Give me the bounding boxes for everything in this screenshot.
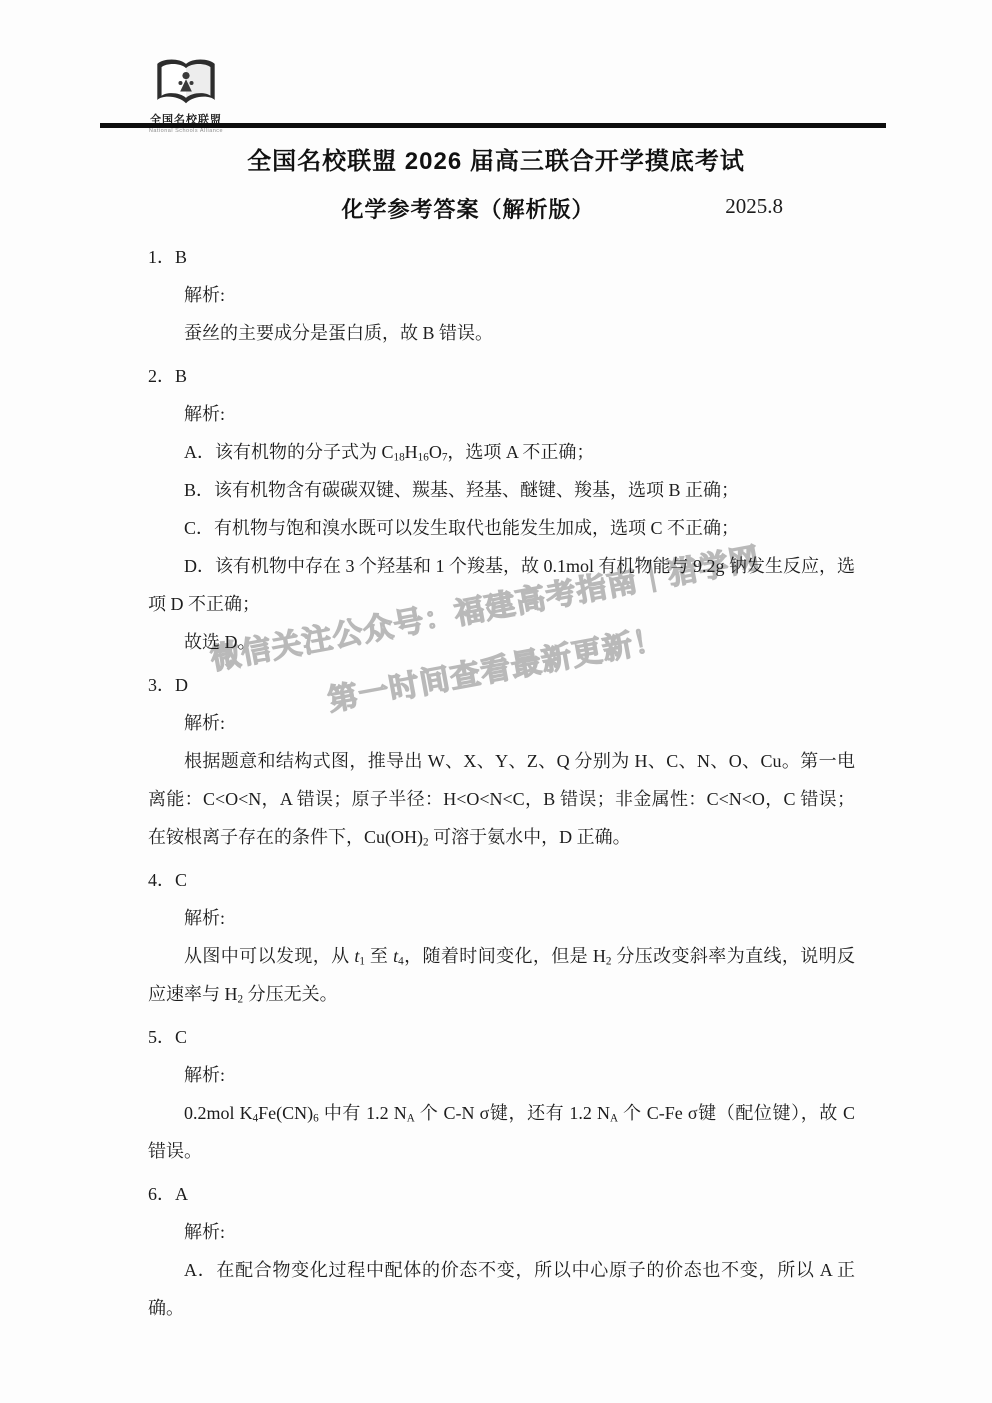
document-title: 全国名校联盟 2026 届高三联合开学摸底考试 [0, 141, 992, 176]
analysis-paragraph: 故选 D。 [148, 623, 855, 661]
analysis-paragraph: 0.2mol K4Fe(CN)6 中有 1.2 NA 个 C-N σ键，还有 1… [148, 1094, 855, 1170]
analysis-label: 解析: [148, 395, 855, 433]
answer-number: 4．C [148, 861, 855, 899]
answer-paragraphs: A．该有机物的分子式为 C18H16O7，选项 A 不正确；B．该有机物含有碳碳… [148, 433, 855, 661]
subtitle-row: 化学参考答案（解析版） 2025.8 [0, 193, 992, 223]
answer-number: 2．B [148, 357, 855, 395]
logo-subtext: National Schools Alliance [138, 128, 234, 134]
analysis-paragraph: 从图中可以发现，从 t1 至 t4，随着时间变化，但是 H2 分压改变斜率为直线… [148, 937, 855, 1013]
analysis-paragraph: C．有机物与饱和溴水既可以发生取代也能发生加成，选项 C 不正确； [148, 509, 855, 547]
analysis-label: 解析: [148, 1213, 855, 1251]
answers-list: 1．B 解析: 蚕丝的主要成分是蛋白质，故 B 错误。 2．B 解析: A．该有… [148, 238, 855, 1332]
answer-paragraphs: A．在配合物变化过程中配体的价态不变，所以中心原子的价态也不变，所以 A 正确。 [148, 1251, 855, 1327]
analysis-paragraph: 蚕丝的主要成分是蛋白质，故 B 错误。 [148, 314, 855, 352]
answer-paragraphs: 从图中可以发现，从 t1 至 t4，随着时间变化，但是 H2 分压改变斜率为直线… [148, 937, 855, 1013]
answer-item: 3．D 解析: 根据题意和结构式图，推导出 W、X、Y、Z、Q 分别为 H、C、… [148, 666, 855, 856]
analysis-label: 解析: [148, 704, 855, 742]
analysis-label: 解析: [148, 899, 855, 937]
analysis-label: 解析: [148, 276, 855, 314]
answer-number: 6．A [148, 1175, 855, 1213]
answer-item: 2．B 解析: A．该有机物的分子式为 C18H16O7，选项 A 不正确；B．… [148, 357, 855, 661]
answer-number: 3．D [148, 666, 855, 704]
answer-item: 1．B 解析: 蚕丝的主要成分是蛋白质，故 B 错误。 [148, 238, 855, 352]
document-date: 2025.8 [725, 194, 783, 219]
analysis-paragraph: A．在配合物变化过程中配体的价态不变，所以中心原子的价态也不变，所以 A 正确。 [148, 1251, 855, 1327]
answer-paragraphs: 根据题意和结构式图，推导出 W、X、Y、Z、Q 分别为 H、C、N、O、Cu。第… [148, 742, 855, 856]
answer-paragraphs: 蚕丝的主要成分是蛋白质，故 B 错误。 [148, 314, 855, 352]
answer-paragraphs: 0.2mol K4Fe(CN)6 中有 1.2 NA 个 C-N σ键，还有 1… [148, 1094, 855, 1170]
answer-item: 4．C 解析: 从图中可以发现，从 t1 至 t4，随着时间变化，但是 H2 分… [148, 861, 855, 1013]
analysis-label: 解析: [148, 1056, 855, 1094]
open-book-icon [152, 56, 220, 110]
answer-number: 5．C [148, 1018, 855, 1056]
answer-item: 5．C 解析: 0.2mol K4Fe(CN)6 中有 1.2 NA 个 C-N… [148, 1018, 855, 1170]
analysis-paragraph: D．该有机物中存在 3 个羟基和 1 个羧基，故 0.1mol 有机物能与 9.… [148, 547, 855, 623]
header-divider [100, 123, 886, 128]
document-page: 全国名校联盟 National Schools Alliance 全国名校联盟 … [0, 0, 992, 1403]
analysis-paragraph: A．该有机物的分子式为 C18H16O7，选项 A 不正确； [148, 433, 855, 471]
analysis-paragraph: 根据题意和结构式图，推导出 W、X、Y、Z、Q 分别为 H、C、N、O、Cu。第… [148, 742, 855, 856]
answer-number: 1．B [148, 238, 855, 276]
document-subtitle: 化学参考答案（解析版） [0, 193, 964, 224]
analysis-paragraph: B．该有机物含有碳碳双键、羰基、羟基、醚键、羧基，选项 B 正确； [148, 471, 855, 509]
answer-item: 6．A 解析: A．在配合物变化过程中配体的价态不变，所以中心原子的价态也不变，… [148, 1175, 855, 1327]
